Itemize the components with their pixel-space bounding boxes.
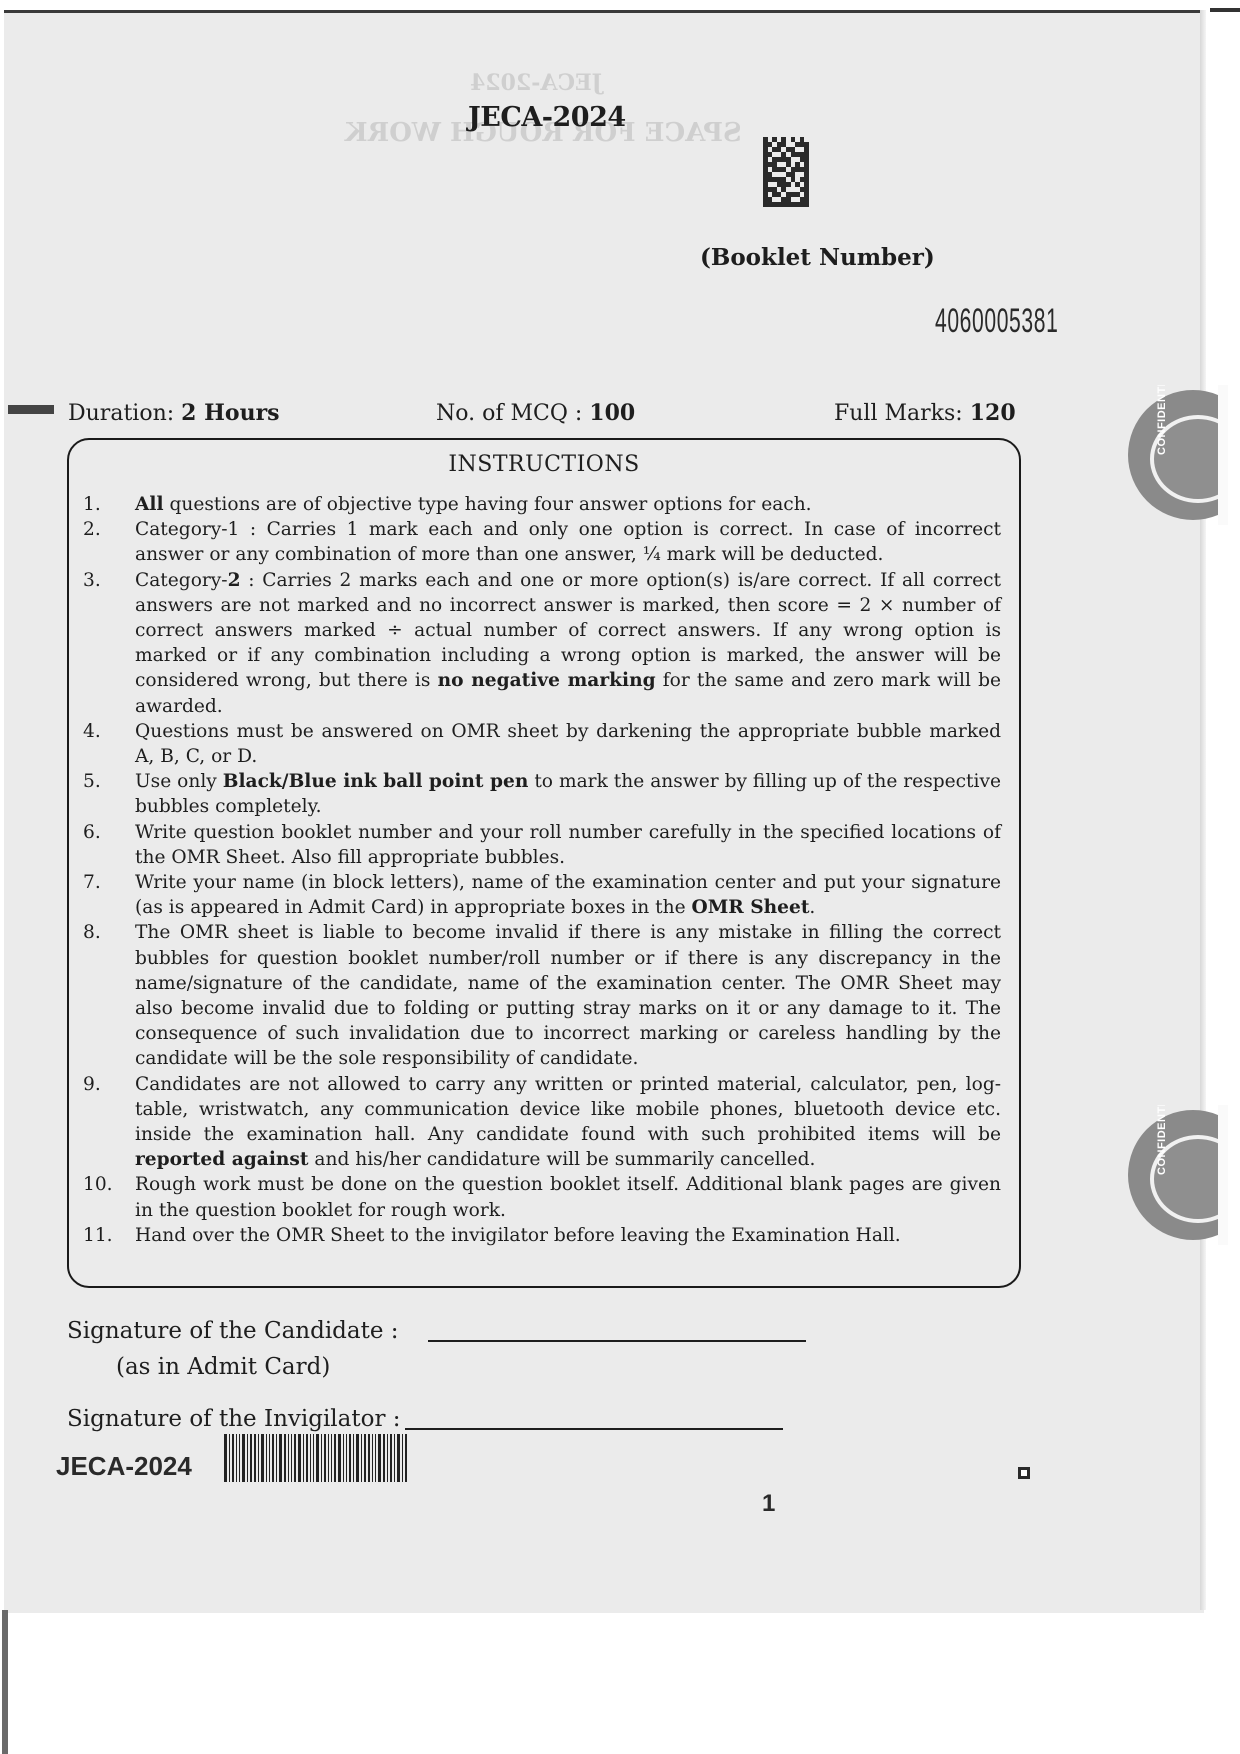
bleed-through-text: JECA-2024	[470, 70, 602, 96]
scan-edge-bar	[2, 1610, 8, 1754]
seal-text: CONFIDENTIAL	[1156, 1105, 1168, 1175]
instruction-item: 4.Questions must be answered on OMR shee…	[83, 719, 1001, 769]
full-marks: Full Marks: 120	[834, 400, 1016, 426]
mcq-count: No. of MCQ : 100	[436, 400, 635, 426]
instruction-number: 3.	[83, 568, 101, 593]
duration: Duration: 2 Hours	[68, 400, 280, 426]
instruction-number: 8.	[83, 920, 101, 945]
instruction-item: 10.Rough work must be done on the questi…	[83, 1172, 1001, 1222]
instructions-title: INSTRUCTIONS	[69, 452, 1019, 477]
instruction-item: 2.Category-1 : Carries 1 mark each and o…	[83, 517, 1001, 567]
instruction-number: 10.	[83, 1172, 113, 1197]
instruction-item: 6.Write question booklet number and your…	[83, 820, 1001, 870]
duration-label: Duration:	[68, 401, 174, 426]
confidential-seal-icon: CONFIDENTIAL	[1118, 385, 1228, 525]
exam-meta-row: Duration: 2 Hours No. of MCQ : 100 Full …	[68, 400, 1023, 430]
mcq-value: 100	[589, 400, 635, 426]
footer-exam-code: JECA-2024	[56, 1451, 192, 1482]
scan-edge-strip	[1210, 8, 1240, 12]
booklet-number: 4060005381	[935, 302, 1058, 341]
instruction-number: 4.	[83, 719, 101, 744]
instruction-number: 9.	[83, 1072, 101, 1097]
instruction-number: 5.	[83, 769, 101, 794]
page-alignment-marker	[8, 405, 54, 414]
instruction-item: 7.Write your name (in block letters), na…	[83, 870, 1001, 920]
instruction-number: 11.	[83, 1223, 113, 1248]
page-edge	[1200, 10, 1206, 1610]
instruction-item: 9.Candidates are not allowed to carry an…	[83, 1072, 1001, 1173]
candidate-signature-field[interactable]	[428, 1340, 806, 1342]
marks-label: Full Marks:	[834, 401, 963, 426]
instructions-box: INSTRUCTIONS 1.All questions are of obje…	[67, 438, 1021, 1288]
instruction-item: 3.Category-2 : Carries 2 marks each and …	[83, 568, 1001, 719]
datamatrix-code-icon	[763, 137, 809, 207]
mcq-label: No. of MCQ :	[436, 401, 582, 426]
instruction-number: 6.	[83, 820, 101, 845]
instructions-list: 1.All questions are of objective type ha…	[83, 492, 1001, 1248]
exam-title: JECA-2024	[468, 102, 626, 133]
instruction-number: 7.	[83, 870, 101, 895]
instruction-item: 8.The OMR sheet is liable to become inva…	[83, 920, 1001, 1071]
registration-square-icon	[1018, 1467, 1030, 1479]
marks-value: 120	[970, 400, 1016, 426]
invigilator-signature-field[interactable]	[405, 1428, 783, 1430]
instruction-item: 11.Hand over the OMR Sheet to the invigi…	[83, 1223, 1001, 1248]
invigilator-signature-label: Signature of the Invigilator :	[67, 1406, 401, 1432]
booklet-number-label: (Booklet Number)	[700, 244, 935, 271]
barcode-icon	[224, 1434, 409, 1482]
instruction-number: 2.	[83, 517, 101, 542]
instruction-item: 1.All questions are of objective type ha…	[83, 492, 1001, 517]
duration-value: 2 Hours	[181, 400, 279, 426]
instruction-number: 1.	[83, 492, 101, 517]
candidate-signature-sublabel: (as in Admit Card)	[116, 1354, 330, 1380]
candidate-signature-label: Signature of the Candidate :	[67, 1318, 399, 1344]
instruction-item: 5.Use only Black/Blue ink ball point pen…	[83, 769, 1001, 819]
seal-text: CONFIDENTIAL	[1156, 385, 1168, 455]
confidential-seal-icon: CONFIDENTIAL	[1118, 1105, 1228, 1245]
page-number: 1	[762, 1490, 775, 1518]
